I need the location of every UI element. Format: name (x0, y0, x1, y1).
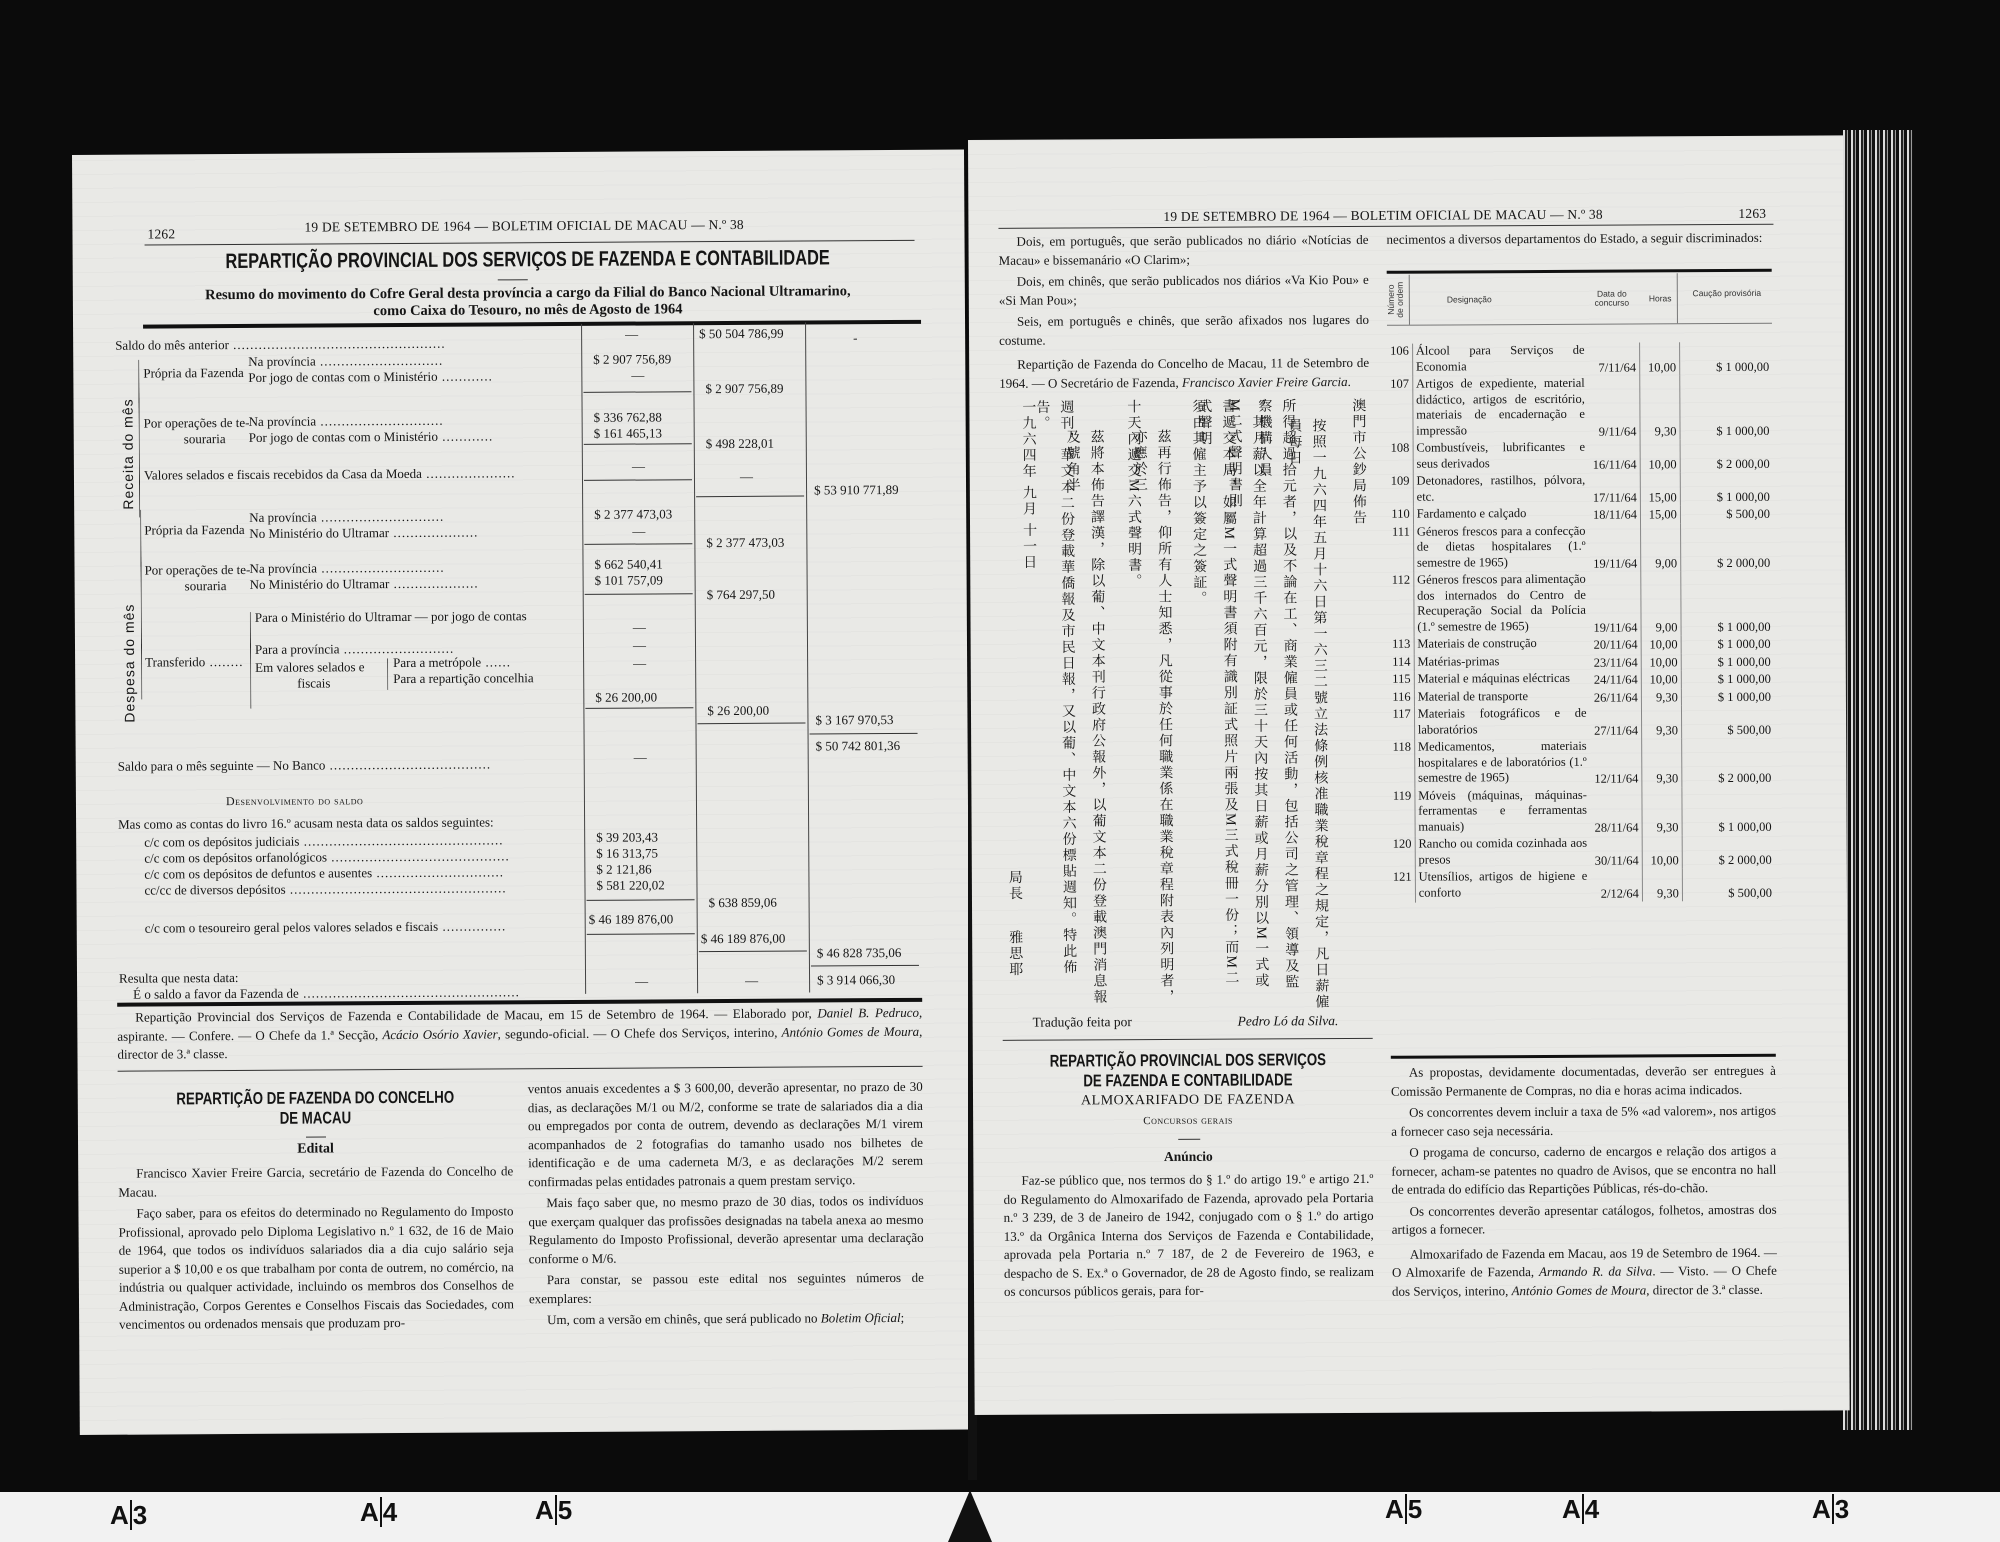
despesa-propria-row-1-val: $ 2 377 473,03 (594, 506, 672, 522)
em-valores-row-2: Para a repartição concelhia (393, 670, 573, 687)
table-row: 117Materiais fotográficos e de laboratór… (1389, 705, 1774, 740)
row-caucao: $ 1 000,00 (1682, 786, 1775, 835)
row-horas: 10,00 (1640, 342, 1680, 375)
row-caucao: $ 500,00 (1681, 705, 1774, 738)
header-designacao: Designação (1447, 294, 1492, 304)
row-data: 28/11/64 (1590, 787, 1642, 836)
spine-notch (948, 1490, 992, 1542)
row-designacao: Móveis (máquinas, máquinas-ferramentas e… (1415, 787, 1590, 836)
row-data: 12/11/64 (1590, 738, 1642, 787)
saldo-favor-result: $ 3 914 066,30 (817, 972, 895, 988)
concelho-title-line-1: REPARTIÇÃO DE FAZENDA DO CONCELHO (161, 1088, 469, 1110)
row-data: 23/11/64 (1589, 653, 1641, 671)
row-caucao: $ 1 000,00 (1679, 342, 1772, 375)
row-caucao: $ 1 000,00 (1680, 375, 1773, 439)
paragraph: Dois, em chinês, que serão publicados no… (999, 271, 1369, 310)
subtotal-rule (585, 707, 693, 709)
row-horas: 15,00 (1640, 472, 1680, 505)
table-row: 107Artigos de expediente, material didác… (1387, 375, 1772, 441)
exemplares-list: Dois, em português, que serão publicados… (998, 231, 1369, 396)
subtotal-rule (697, 723, 805, 725)
row-data: 20/11/64 (1589, 635, 1641, 653)
row-number: 120 (1390, 837, 1415, 870)
despesa-label: Despesa do mês (121, 604, 138, 723)
saldo-favor-col2: — (745, 973, 758, 989)
row-number: 118 (1389, 740, 1415, 789)
row-number: 114 (1389, 654, 1414, 672)
table-bottom-rule (1391, 1054, 1776, 1059)
row-designacao: Material de transporte (1414, 688, 1589, 706)
row-data: 19/11/64 (1588, 523, 1640, 572)
deposito-row-1-val: $ 39 203,43 (596, 829, 658, 845)
section-divider (1003, 1038, 1373, 1041)
row-horas: 9,30 (1641, 688, 1681, 706)
row-caucao: $ 500,00 (1680, 505, 1773, 523)
table-row: 106Álcool para Serviços de Economia7/11/… (1387, 342, 1772, 377)
paragraph: Faço saber, para os efeitos do determina… (118, 1202, 514, 1334)
despesa-brace (140, 510, 142, 700)
running-header: 19 DE SETEMBRO DE 1964 — BOLETIM OFICIAL… (1163, 207, 1602, 225)
row-designacao: Medicamentos, materiais hospitalares e d… (1414, 739, 1589, 788)
row-number: 110 (1388, 507, 1413, 525)
concelho-title-line-2: DE MACAU (161, 1108, 469, 1130)
table-row: 112Géneros frescos para alimentação dos … (1388, 571, 1773, 637)
traducao-name: Pedro Ló da Silva. (1238, 1013, 1339, 1030)
row-caucao: $ 500,00 (1682, 868, 1775, 901)
film-marker: A5 (1385, 1494, 1422, 1525)
row-designacao: Artigos de expediente, material didáctic… (1412, 376, 1588, 441)
page-number: 1263 (1738, 206, 1766, 222)
mas-como-text: Mas como as contas do livro 16.º acusam … (118, 814, 494, 832)
paragraph: Dois, em português, que serão publicados… (998, 231, 1368, 270)
table-row: 119Móveis (máquinas, máquinas-ferramenta… (1389, 786, 1774, 837)
receita-propria-row-2-val: — (631, 368, 644, 384)
subtotal-rule (587, 933, 695, 935)
row-data: 27/11/64 (1589, 705, 1641, 738)
tesoureiro-col1: $ 46 189 876,00 (589, 911, 674, 928)
receita-total: $ 53 910 771,89 (814, 482, 899, 499)
row-designacao: Rancho ou comida cozinhada aos presos (1415, 836, 1590, 870)
receita-tesouraria-label-1: Por operações de te- (144, 415, 250, 432)
concelho-col-1: Francisco Xavier Freire Garcia, secretár… (118, 1162, 514, 1337)
em-valores-brace (387, 658, 388, 690)
traducao-label: Tradução feita por (1033, 1014, 1132, 1031)
despesa-propria-row-2-val: — (632, 524, 645, 540)
depositos-subtotal: $ 638 859,06 (709, 895, 777, 911)
row-number: 109 (1388, 474, 1413, 507)
paragraph: Um, com a versão em chinês, que será pub… (529, 1309, 924, 1330)
header-horas: Horas (1649, 293, 1672, 303)
despesa-tesouraria-row-2-val: $ 101 757,09 (595, 572, 663, 588)
receita-brace (138, 360, 140, 518)
film-marker: A3 (110, 1500, 147, 1531)
chinese-signature-name: 雅思耶 (1002, 930, 1026, 978)
saldo-anterior-col2: $ 50 504 786,99 (699, 326, 784, 343)
deposito-row-4-val: $ 581 220,02 (596, 877, 664, 893)
row-horas: 9,00 (1640, 523, 1680, 572)
paragraph: Francisco Xavier Freire Garcia, secretár… (118, 1162, 513, 1201)
subtotal-rule (811, 965, 919, 967)
saldo-anterior-col3: - (853, 330, 857, 346)
row-data: 2/12/64 (1590, 868, 1642, 901)
table-row: 120Rancho ou comida cozinhada aos presos… (1390, 835, 1775, 870)
subtotal-rule (584, 543, 692, 545)
table-row: 121Utensílios, artigos de higiene e conf… (1390, 868, 1775, 903)
concelho-dash (306, 1136, 326, 1137)
left-page: 1262 19 DE SETEMBRO DE 1964 — BOLETIM OF… (72, 150, 972, 1435)
row-caucao: $ 1 000,00 (1680, 472, 1773, 505)
chinese-signature-title: 局長 (1002, 870, 1026, 902)
table-header: Número de ordem Designação Data do concu… (1387, 273, 1772, 326)
receita-label: Receita do mês (119, 398, 136, 509)
row-designacao: Álcool para Serviços de Economia (1412, 343, 1587, 377)
desenvolvimento-title: Desenvolvimento do saldo (226, 793, 363, 809)
chinese-column: 澳門市公鈔局佈告 (1345, 398, 1370, 526)
em-valores-row-1: Para a metrópole ...... (393, 654, 511, 671)
film-marker: A4 (360, 1497, 397, 1528)
row-data: 30/11/64 (1590, 835, 1642, 868)
transferido-row-1: Para o Ministério do Ultramar — por jogo… (255, 608, 575, 626)
signature-paragraph: Repartição Provincial dos Serviços de Fa… (117, 1004, 922, 1067)
row-data: 9/11/64 (1588, 375, 1640, 439)
header-data: Data do concurso (1587, 290, 1637, 308)
closing-paragraphs: As propostas, devidamente documentadas, … (1391, 1062, 1777, 1304)
receita-tesouraria-row-1: Na província ...........................… (249, 413, 444, 430)
subtotal-rule (584, 479, 692, 481)
deposito-row-3-val: $ 2 121,86 (596, 861, 651, 877)
concursos-table: Número de ordem Designação Data do concu… (1387, 273, 1775, 903)
col2-intro: necimentos a diversos departamentos do E… (1386, 229, 1771, 253)
concursos-table-body: 106Álcool para Serviços de Economia7/11/… (1387, 342, 1775, 903)
row-data: 7/11/64 (1588, 342, 1640, 375)
despesa-propria-row-1: Na província ...........................… (249, 509, 444, 526)
em-valores-label-2: fiscais (297, 675, 330, 691)
saldo-seguinte-col1: — (634, 750, 647, 766)
row-designacao: Material e máquinas eléctricas (1414, 671, 1589, 689)
despesa-total: $ 3 167 970,53 (815, 712, 893, 728)
row-caucao: $ 2 000,00 (1680, 439, 1773, 472)
row-number: 115 (1389, 672, 1414, 690)
row-horas: 9,30 (1642, 868, 1682, 901)
paragraph: ventos anuais excedentes a $ 3 600,00, d… (528, 1078, 924, 1191)
row-caucao: $ 1 000,00 (1681, 652, 1774, 670)
tesoureiro-col2: $ 46 189 876,00 (701, 931, 786, 948)
receita-tesouraria-row-2: Por jogo de contas com o Ministério ....… (249, 428, 494, 445)
col-divider-3 (805, 323, 810, 993)
deposito-row-2-val: $ 16 313,75 (596, 845, 658, 861)
paragraph: Repartição de Fazenda do Concelho de Mac… (999, 354, 1369, 393)
paragraph: O progama de concurso, caderno de encarg… (1391, 1142, 1776, 1200)
row-horas: 15,00 (1640, 505, 1680, 523)
subtotal-rule (585, 593, 693, 595)
row-number: 121 (1390, 870, 1415, 903)
saldo-seguinte-col3: $ 50 742 801,36 (816, 738, 901, 755)
header-caucao: Caução provisória (1687, 289, 1767, 298)
table-row: 114Matérias-primas23/11/6410,00$ 1 000,0… (1389, 652, 1774, 672)
row-caucao: $ 1 000,00 (1681, 687, 1774, 705)
em-valores-row-1-val: — (633, 656, 646, 672)
row-number: 116 (1389, 689, 1414, 707)
row-data: 18/11/64 (1588, 505, 1640, 523)
paragraph: necimentos a diversos departamentos do E… (1386, 229, 1771, 250)
row-designacao: Matérias-primas (1414, 653, 1589, 671)
table-row: 111Géneros frescos para a confecção de d… (1388, 522, 1773, 573)
film-marker: A4 (1562, 1494, 1599, 1525)
saldo-seguinte-label: Saldo para o mês seguinte — No Banco ...… (118, 756, 491, 774)
concursos-gerais: Concursos gerais (1003, 1114, 1373, 1128)
receita-tesouraria-subtotal: $ 498 228,01 (706, 436, 774, 452)
table-row: 110Fardamento e calçado18/11/6415,00$ 50… (1388, 505, 1773, 525)
subtotal-rule (587, 899, 695, 901)
valores-selados-col2: — (740, 469, 753, 485)
despesa-propria-row-2: No Ministério do Ultramar ..............… (249, 525, 478, 542)
despesa-tesouraria-label-2: souraria (185, 578, 227, 594)
saldo-anterior-col1: — (625, 327, 638, 343)
saldo-anterior-label: Saldo do mês anterior ..................… (115, 336, 446, 354)
despesa-tesouraria-subtotal: $ 764 297,50 (707, 587, 775, 603)
subtotal-rule (699, 951, 807, 953)
anuncio-dash (1178, 1139, 1200, 1140)
paragraph: As propostas, devidamente documentadas, … (1391, 1062, 1776, 1101)
table-row: 115Material e máquinas eléctricas24/11/6… (1389, 670, 1774, 690)
chinese-date-column: 一九六四年 九月 十一日 (1015, 400, 1040, 600)
row-designacao: Materiais de construção (1414, 636, 1589, 654)
receita-propria-row-1-val: $ 2 907 756,89 (593, 351, 671, 367)
row-designacao: Utensílios, artigos de higiene e confort… (1415, 869, 1590, 903)
row-caucao: $ 1 000,00 (1681, 635, 1774, 653)
row-data: 26/11/64 (1589, 688, 1641, 706)
row-data: 16/11/64 (1588, 439, 1640, 472)
table-row: 118Medicamentos, materiais hospitalares … (1389, 738, 1774, 789)
paragraph: Faz-se público que, nos termos do § 1.º … (1003, 1170, 1374, 1301)
running-header: 19 DE SETEMBRO DE 1964 — BOLETIM OFICIAL… (304, 217, 743, 236)
table-row: 113Materiais de construção20/11/6410,00$… (1389, 635, 1774, 655)
despesa-tesouraria-label-1: Por operações de te- (144, 562, 250, 579)
paragraph: Os concorrentes deverão apresentar catál… (1392, 1200, 1777, 1239)
row-designacao: Combustíveis, lubrificantes e seus deriv… (1413, 440, 1588, 474)
despesa-tesouraria-row-2: No Ministério do Ultramar ..............… (250, 576, 479, 593)
row-caucao: $ 2 000,00 (1682, 738, 1775, 787)
row-horas: 9,30 (1642, 787, 1682, 836)
paragraph: Mais faço saber que, no mesmo prazo de 3… (528, 1192, 923, 1268)
row-number: 112 (1388, 573, 1414, 637)
col-divider-2 (693, 323, 698, 993)
row-number: 107 (1387, 377, 1413, 441)
chinese-column: 十天內遞交M六式聲明書。 (1120, 399, 1145, 590)
desenvolvimento-total: $ 46 828 735,06 (817, 945, 902, 962)
subtotal-rule (584, 443, 692, 445)
table-row: 116Material de transporte26/11/649,30$ 1… (1389, 687, 1774, 707)
header-rule (998, 224, 1773, 229)
header-numero: Número de ordem (1387, 279, 1405, 321)
paragraph: Os concorrentes devem incluir a taxa de … (1391, 1102, 1776, 1141)
row-horas: 9,00 (1641, 571, 1681, 635)
right-page: 19 DE SETEMBRO DE 1964 — BOLETIM OFICIAL… (968, 135, 1850, 1415)
row-caucao: $ 1 000,00 (1681, 571, 1774, 635)
receita-propria-label: Própria da Fazenda (143, 365, 243, 382)
row-data: 19/11/64 (1589, 571, 1641, 635)
paragraph: Para constar, se passou este edital nos … (529, 1269, 924, 1308)
film-strip (0, 1492, 2000, 1542)
page-edge-stack (1843, 130, 1913, 1430)
row-number: 113 (1389, 637, 1414, 655)
despesa-propria-subtotal: $ 2 377 473,03 (706, 535, 784, 551)
receita-tesouraria-row-1-val: $ 336 762,88 (594, 409, 662, 425)
despesa-tesouraria-row-1-val: $ 662 540,41 (594, 556, 662, 572)
row-horas: 10,00 (1642, 835, 1682, 868)
row-designacao: Materiais fotográficos e de laboratórios (1414, 706, 1589, 740)
concelho-col-2: ventos anuais excedentes a $ 3 600,00, d… (528, 1078, 925, 1333)
table-row: 109Detonadores, rastilhos, pólvora, etc.… (1388, 472, 1773, 507)
col-divider-1 (581, 324, 586, 994)
row-data: 17/11/64 (1588, 472, 1640, 505)
film-marker: A3 (1812, 1494, 1849, 1525)
row-designacao: Géneros frescos para alimentação dos int… (1414, 572, 1590, 637)
transferido-row-2-val: — (633, 638, 646, 654)
transferido-brace (250, 612, 252, 709)
row-horas: 9,30 (1641, 705, 1681, 738)
row-number: 117 (1389, 707, 1414, 740)
chinese-column: 須由其僱主予以簽定之簽証。 (1185, 399, 1210, 607)
row-horas: 10,00 (1641, 635, 1681, 653)
row-number: 119 (1389, 788, 1415, 837)
page-number: 1262 (147, 226, 175, 242)
row-designacao: Géneros frescos para a confecção de diet… (1413, 523, 1588, 572)
subtitle-line-2: como Caixa do Tesouro, no mês de Agosto … (133, 300, 923, 322)
despesa-tesouraria-row-1: Na província ...........................… (249, 560, 444, 577)
em-valores-label-1: Em valores selados e (255, 659, 364, 676)
row-number: 108 (1388, 441, 1413, 474)
tesoureiro-row: c/c com o tesoureiro geral pelos valores… (145, 918, 507, 936)
anuncio-paragraph: Faz-se público que, nos termos do § 1.º … (1003, 1170, 1374, 1304)
title-dash (498, 279, 528, 280)
anuncio-heading: Anúncio (1003, 1148, 1373, 1166)
final-signature: Almoxarifado de Fazenda em Macau, aos 19… (1392, 1243, 1777, 1301)
deposito-row-4: cc/cc de diversos depósitos ............… (144, 880, 506, 898)
receita-propria-row-2: Por jogo de contas com o Ministério ....… (248, 368, 493, 385)
em-valores-row-2-val: $ 26 200,00 (595, 689, 657, 705)
edital-heading: Edital (118, 1140, 513, 1158)
valores-selados-col1: — (632, 459, 645, 475)
row-designacao: Detonadores, rastilhos, pólvora, etc. (1413, 473, 1588, 507)
concursos-title-line-2: DE FAZENDA E CONTABILIDADE (1044, 1070, 1333, 1092)
row-horas: 10,00 (1641, 670, 1681, 688)
row-number: 106 (1387, 344, 1412, 377)
row-designacao: Fardamento e calçado (1413, 506, 1588, 524)
receita-propria-row-1: Na província ...........................… (248, 353, 443, 370)
transferido-row-1-val: — (633, 620, 646, 636)
table-row: 108Combustíveis, lubrificantes e seus de… (1388, 439, 1773, 474)
header-rule (145, 240, 915, 246)
receita-tesouraria-label-2: souraria (184, 431, 226, 447)
despesa-propria-label: Própria da Fazenda (144, 522, 244, 539)
resulta-label: Resulta que nesta data: (119, 970, 239, 987)
chinese-notice: 澳門市公鈔局佈告 按照一九六四年五月十六日第一六三二號立法條例核准職業稅章程之規… (999, 398, 1372, 1020)
transferido-subtotal: $ 26 200,00 (707, 703, 769, 719)
subtotal-rule (696, 496, 804, 498)
section-divider (118, 1066, 923, 1072)
transferido-label: Transferido ........ (145, 654, 244, 671)
row-horas: 9,30 (1640, 375, 1680, 439)
row-caucao: $ 1 000,00 (1681, 670, 1774, 688)
row-horas: 10,00 (1641, 653, 1681, 671)
receita-propria-subtotal: $ 2 907 756,89 (705, 381, 783, 397)
receita-tesouraria-row-2-val: $ 161 465,13 (594, 425, 662, 441)
row-horas: 10,00 (1640, 439, 1680, 472)
row-data: 24/11/64 (1589, 670, 1641, 688)
section-title: REPARTIÇÃO PROVINCIAL DOS SERVIÇOS DE FA… (219, 246, 835, 274)
paragraph: Seis, em português e chinês, que serão a… (999, 311, 1369, 350)
subtotal-rule (583, 391, 691, 393)
concursos-title-line-1: REPARTIÇÃO PROVINCIAL DOS SERVIÇOS (1043, 1050, 1332, 1072)
almoxarifado-subtitle: ALMOXARIFADO DE FAZENDA (1003, 1092, 1373, 1110)
row-caucao: $ 2 000,00 (1680, 522, 1773, 571)
subtotal-rule (810, 733, 918, 735)
row-number: 111 (1388, 524, 1414, 573)
row-caucao: $ 2 000,00 (1682, 835, 1775, 868)
saldo-favor-col1: — (635, 973, 648, 989)
film-marker: A5 (535, 1495, 572, 1526)
row-horas: 9,30 (1642, 738, 1682, 787)
valores-selados-label: Valores selados e fiscais recebidos da C… (144, 465, 516, 483)
